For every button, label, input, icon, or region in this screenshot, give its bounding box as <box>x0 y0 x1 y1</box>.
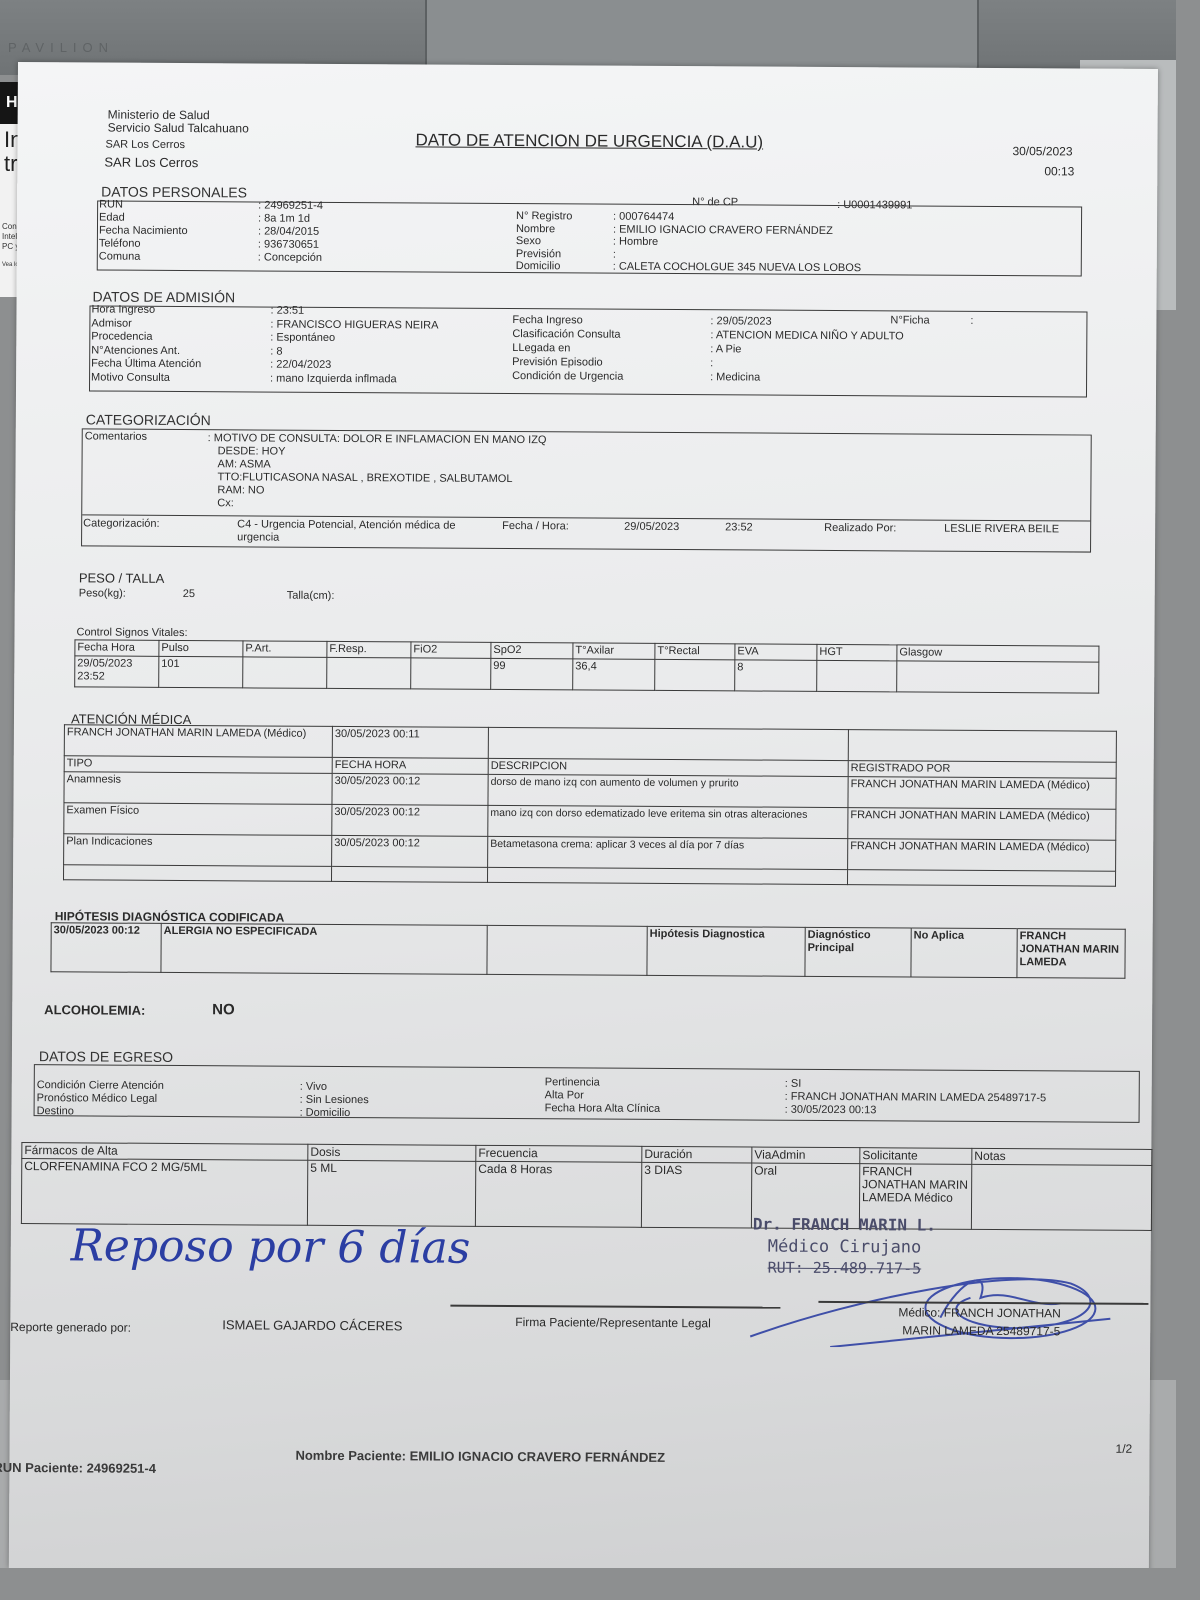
admision-field-value: : mano Izquierda inflmada <box>270 372 397 385</box>
personal-field-label: Fecha Nacimiento <box>99 224 188 237</box>
table-cell: FRANCH JONATHAN MARIN LAMEDA (Médico) <box>848 839 1116 872</box>
table-cell <box>817 660 897 691</box>
personal-field-value: : EMILIO IGNACIO CRAVERO FERNÁNDEZ <box>613 223 833 236</box>
admision-field-value: : A Pie <box>710 343 741 355</box>
realizado-value: LESLIE RIVERA BEILE <box>944 523 1059 536</box>
personal-field-value: : 000764474 <box>613 211 674 223</box>
comentarios-label: Comentarios <box>85 430 147 442</box>
table-cell: No Aplica <box>911 928 1017 978</box>
table-row: CLORFENAMINA FCO 2 MG/5ML5 MLCada 8 Hora… <box>21 1159 1151 1231</box>
column-header: TIPO <box>64 756 332 774</box>
table-cell <box>487 925 647 975</box>
empty-cell <box>487 867 847 884</box>
table-cell: Hipótesis Diagnostica <box>647 926 805 976</box>
categorizacion-fecha: 29/05/2023 <box>624 521 679 533</box>
print-time: 00:13 <box>1044 164 1074 178</box>
document-title: DATO DE ATENCION DE URGENCIA (D.A.U) <box>415 130 763 152</box>
egreso-box: Condición Cierre Atención: VivoPronóstic… <box>34 1064 1140 1123</box>
peso-label: Peso(kg): <box>79 587 126 599</box>
column-header: Notas <box>972 1148 1152 1165</box>
table-cell: Plan Indicaciones <box>64 834 332 867</box>
center-name-small: SAR Los Cerros <box>105 139 185 151</box>
firma-paciente-label: Firma Paciente/Representante Legal <box>515 1315 711 1330</box>
column-header: Fecha Hora <box>75 640 159 657</box>
farmacos-table: Fármacos de AltaDosisFrecuenciaDuraciónV… <box>21 1142 1152 1231</box>
atencion-medica-table: FRANCH JONATHAN MARIN LAMEDA (Médico)30/… <box>63 724 1117 886</box>
hipotesis-table: 30/05/2023 00:12ALERGIA NO ESPECIFICADAH… <box>50 922 1125 979</box>
alcoholemia-value: NO <box>212 1001 235 1018</box>
handwritten-rest-note: Reposo por 6 días <box>71 1220 471 1273</box>
doctor-datetime: 30/05/2023 00:11 <box>332 726 488 758</box>
admision-field-value: : Medicina <box>710 371 760 383</box>
admision-field-value: : 22/04/2023 <box>270 359 331 371</box>
generado-value: ISMAEL GAJARDO CÁCERES <box>222 1317 402 1333</box>
admision-field-value: : Espontáneo <box>270 332 335 344</box>
admision-box: Hora Ingreso: 23:51Admisor: FRANCISCO HI… <box>89 305 1088 397</box>
admision-field-label: Fecha Ingreso <box>512 314 582 326</box>
column-header: SpO2 <box>491 642 573 659</box>
egreso-field-value: : Sin Lesiones <box>300 1094 369 1106</box>
personal-field-value: : 8a 1m 1d <box>258 212 310 224</box>
personal-field-label: Domicilio <box>516 260 561 272</box>
categorizacion-value-cont: urgencia <box>237 531 279 543</box>
doctor-name: FRANCH JONATHAN MARIN LAMEDA (Médico) <box>64 725 332 758</box>
personal-field-value: : CALETA COCHOLGUE 345 NUEVA LOS LOBOS <box>613 261 861 275</box>
fecha-hora-label: Fecha / Hora: <box>502 520 569 532</box>
column-header: T°Rectal <box>655 643 735 659</box>
column-header: FECHA HORA <box>332 757 488 774</box>
empty-cell <box>847 870 1115 887</box>
column-header: Solicitante <box>860 1148 972 1165</box>
table-cell: mano izq con dorso edematizado leve erit… <box>488 805 848 838</box>
column-header: Pulso <box>159 640 243 657</box>
table-cell: 101 <box>159 656 243 688</box>
categorizacion-hora: 23:52 <box>725 521 753 533</box>
personal-field-value: : 28/04/2015 <box>258 225 319 237</box>
table-cell: CLORFENAMINA FCO 2 MG/5ML <box>21 1159 307 1226</box>
ficha-value: : <box>970 315 973 327</box>
personal-field-label: Teléfono <box>99 237 141 249</box>
generado-label: Reporte generado por: <box>10 1320 131 1335</box>
personal-field-value: : Hombre <box>613 236 658 248</box>
center-name: SAR Los Cerros <box>104 155 198 171</box>
signos-vitales-title: Control Signos Vitales: <box>76 626 187 639</box>
section-title-egreso: DATOS DE EGRESO <box>39 1048 173 1065</box>
table-row: 30/05/2023 00:12ALERGIA NO ESPECIFICADAH… <box>51 923 1125 979</box>
signos-vitales-table: Fecha HoraPulsoP.Art.F.Resp.FiO2SpO2T°Ax… <box>74 639 1099 693</box>
personal-field-label: Nombre <box>516 223 555 235</box>
egreso-field-value: : FRANCH JONATHAN MARIN LAMEDA 25489717-… <box>785 1091 1047 1105</box>
table-cell: 30/05/2023 00:12 <box>332 804 488 836</box>
column-header: Frecuencia <box>476 1145 642 1162</box>
table-cell: 3 DIAS <box>641 1162 751 1228</box>
table-cell: 5 ML <box>307 1160 475 1226</box>
table-cell <box>897 661 1099 693</box>
table-cell: FRANCH JONATHAN MARIN LAMEDA <box>1017 929 1125 979</box>
table-cell <box>243 657 327 689</box>
admision-field-value: : <box>710 357 713 369</box>
table-cell <box>411 658 491 689</box>
admision-field-label: LLegada en <box>512 342 570 354</box>
table-cell <box>971 1164 1151 1230</box>
admision-field-value: : 23:51 <box>270 305 304 317</box>
table-cell: 30/05/2023 00:12 <box>51 923 161 973</box>
ficha-label: N°Ficha <box>890 314 929 326</box>
laptop-trackpad <box>425 0 979 72</box>
personal-field-value: : <box>613 248 616 260</box>
column-header: Fármacos de Alta <box>22 1143 308 1161</box>
egreso-field-value: : Vivo <box>300 1081 327 1093</box>
egreso-field-label: Destino <box>37 1105 74 1117</box>
table-cell: Cada 8 Horas <box>475 1161 641 1227</box>
table-cell: Betametasona crema: aplicar 3 veces al d… <box>488 836 848 869</box>
dau-document: Ministerio de Salud Servicio Salud Talca… <box>9 62 1158 1568</box>
admision-field-value: : 29/05/2023 <box>710 315 771 327</box>
talla-label: Talla(cm): <box>287 590 335 602</box>
personal-field-label: RUN <box>99 198 123 210</box>
column-header: F.Resp. <box>327 641 411 658</box>
personal-field-value: : 936730651 <box>258 238 319 250</box>
column-header: Duración <box>642 1146 752 1163</box>
health-service-name: Servicio Salud Talcahuano <box>108 121 249 136</box>
table-cell: FRANCH JONATHAN MARIN LAMEDA (Médico) <box>848 808 1116 841</box>
table-cell: Anamnesis <box>64 772 332 805</box>
print-date: 30/05/2023 <box>1012 144 1072 158</box>
table-row: 29/05/2023 23:521019936,48 <box>75 656 1099 693</box>
table-cell: Examen Físico <box>64 803 332 836</box>
table-cell: 30/05/2023 00:12 <box>332 773 488 805</box>
peso-value: 25 <box>183 588 195 600</box>
table-cell: dorso de mano izq con aumento de volumen… <box>488 774 848 807</box>
table-cell: 99 <box>491 658 573 690</box>
personal-field-label: Edad <box>99 211 125 223</box>
column-header: P.Art. <box>243 641 327 658</box>
column-header: Glasgow <box>897 645 1099 662</box>
empty-cell <box>488 727 848 760</box>
admision-field-value: : FRANCISCO HIGUERAS NEIRA <box>270 318 438 331</box>
table-cell: Diagnóstico Principal <box>805 927 911 977</box>
table-cell: 29/05/2023 23:52 <box>75 656 159 688</box>
column-header: Dosis <box>308 1144 476 1161</box>
admision-field-label: Motivo Consulta <box>91 371 170 383</box>
comentario-line: RAM: NO <box>207 484 546 499</box>
laptop-brand: PAVILION <box>8 40 114 55</box>
categorizacion-label: Categorización: <box>83 517 160 529</box>
firma-medico-line-1: Médico: FRANCH JONATHAN <box>898 1305 1061 1320</box>
admision-field-label: Clasificación Consulta <box>512 328 620 341</box>
admision-field-label: Hora Ingreso <box>91 303 155 315</box>
comentario-line: Cx: <box>207 497 546 512</box>
admision-field-label: Condición de Urgencia <box>512 370 623 383</box>
column-header: REGISTRADO POR <box>848 761 1116 779</box>
empty-cell <box>848 730 1116 763</box>
table-cell: 36,4 <box>573 659 655 691</box>
column-header: ViaAdmin <box>752 1147 860 1164</box>
table-cell: ALERGIA NO ESPECIFICADA <box>161 923 487 974</box>
admision-field-value: : 8 <box>270 345 282 357</box>
page-number: 1/2 <box>1116 1442 1133 1456</box>
egreso-field-label: Pronóstico Médico Legal <box>37 1092 158 1105</box>
egreso-field-label: Condición Cierre Atención <box>37 1079 164 1092</box>
egreso-field-value: : Domicilio <box>300 1107 351 1119</box>
table-cell: FRANCH JONATHAN MARIN LAMEDA (Médico) <box>848 777 1116 810</box>
footer-run-paciente: RUN Paciente: 24969251-4 <box>0 1460 156 1476</box>
column-header: FiO2 <box>411 642 491 658</box>
personal-field-value: : 24969251-4 <box>258 199 323 211</box>
column-header: HGT <box>817 644 897 660</box>
egreso-field-label: Pertinencia <box>545 1076 600 1088</box>
admision-field-label: Fecha Última Atención <box>91 357 201 370</box>
datos-personales-box: RUN: 24969251-4Edad: 8a 1m 1dFecha Nacim… <box>97 200 1082 276</box>
firma-medico-line-2: MARIN LAMEDA 25489717-5 <box>902 1323 1060 1338</box>
section-title-peso-talla: PESO / TALLA <box>79 570 165 586</box>
categorizacion-value: C4 - Urgencia Potencial, Atención médica… <box>237 518 455 531</box>
divider <box>82 514 1090 521</box>
alcoholemia-label: ALCOHOLEMIA: <box>44 1002 145 1018</box>
admision-field-label: Admisor <box>91 317 131 329</box>
empty-cell <box>64 865 332 882</box>
section-title-categorizacion: CATEGORIZACIÓN <box>86 411 211 428</box>
personal-field-label: Comuna <box>99 250 141 262</box>
empty-cell <box>332 866 488 882</box>
table-cell: 8 <box>735 660 817 692</box>
personal-field-label: Previsión <box>516 248 561 260</box>
column-header: T°Axilar <box>573 643 655 660</box>
table-cell <box>655 659 735 690</box>
personal-field-value: : Concepción <box>258 251 322 263</box>
admision-field-value: : ATENCION MEDICA NIÑO Y ADULTO <box>710 329 903 342</box>
categorizacion-box: Comentarios : MOTIVO DE CONSULTA: DOLOR … <box>81 428 1092 552</box>
personal-field-label: Sexo <box>516 235 541 247</box>
egreso-field-value: : SI <box>785 1078 802 1090</box>
admision-field-label: N°Atenciones Ant. <box>91 344 180 357</box>
admision-field-label: Previsión Episodio <box>512 356 603 369</box>
column-header: EVA <box>735 644 817 661</box>
footer-nombre-paciente: Nombre Paciente: EMILIO IGNACIO CRAVERO … <box>295 1448 665 1465</box>
table-cell <box>327 657 411 689</box>
table-cell: 30/05/2023 00:12 <box>332 835 488 867</box>
egreso-field-label: Alta Por <box>545 1089 584 1101</box>
admision-field-label: Procedencia <box>91 330 152 342</box>
realizado-label: Realizado Por: <box>824 522 896 534</box>
egreso-field-label: Fecha Hora Alta Clínica <box>545 1102 661 1115</box>
egreso-field-value: : 30/05/2023 00:13 <box>785 1104 877 1117</box>
personal-field-label: N° Registro <box>516 210 572 222</box>
